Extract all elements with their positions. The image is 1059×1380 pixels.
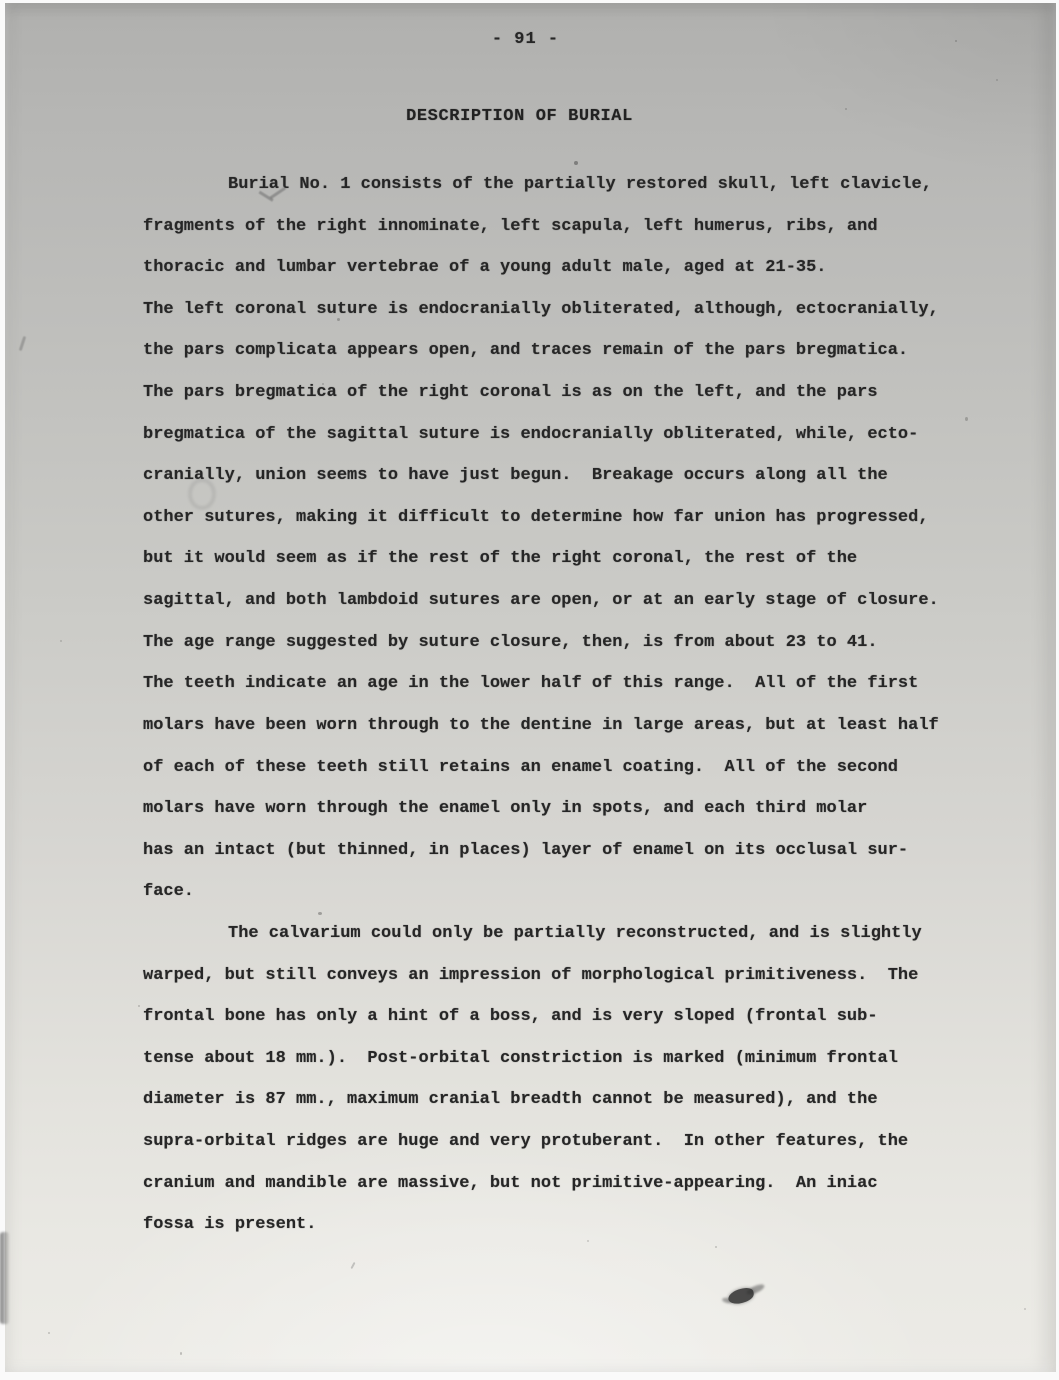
text-line: supra-orbital ridges are huge and very p… — [143, 1121, 973, 1163]
scanned-page: - 91 - DESCRIPTION OF BURIAL Burial No. … — [0, 0, 1059, 1380]
text-line: bregmatica of the sagittal suture is end… — [143, 414, 973, 456]
text-line: thoracic and lumbar vertebrae of a young… — [143, 247, 973, 289]
page-number: - 91 - — [0, 30, 1055, 49]
text-line: fragments of the right innominate, left … — [143, 206, 973, 248]
dust-speck — [955, 40, 957, 42]
smudge-mark — [188, 478, 216, 510]
dust-speck — [337, 318, 340, 321]
dust-speck — [60, 640, 62, 642]
dust-speck — [318, 912, 322, 915]
dust-speck — [1024, 1308, 1026, 1310]
text-line: face. — [143, 871, 973, 913]
text-line: The pars bregmatica of the right coronal… — [143, 372, 973, 414]
left-edge-streak — [0, 1232, 9, 1324]
text-line: other sutures, making it difficult to de… — [143, 497, 973, 539]
text-line: fossa is present. — [143, 1204, 973, 1246]
text-line: molars have been worn through to the den… — [143, 705, 973, 747]
dust-speck — [965, 417, 968, 421]
text-line: but it would seem as if the rest of the … — [143, 538, 973, 580]
dust-speck — [845, 108, 847, 110]
dust-speck — [574, 161, 578, 165]
document-body: Burial No. 1 consists of the partially r… — [143, 164, 973, 1246]
pencil-check-mark — [257, 184, 289, 205]
text-line: The age range suggested by suture closur… — [143, 622, 973, 664]
text-line: frontal bone has only a hint of a boss, … — [143, 996, 973, 1038]
dust-speck — [322, 383, 324, 385]
text-line: diameter is 87 mm., maximum cranial brea… — [143, 1079, 973, 1121]
dust-speck — [48, 1332, 50, 1334]
text-line: molars have worn through the enamel only… — [143, 788, 973, 830]
text-line: the pars complicata appears open, and tr… — [143, 330, 973, 372]
ink-blot — [722, 1284, 768, 1312]
dust-speck — [715, 1246, 717, 1248]
dust-speck — [996, 79, 998, 81]
text-line: The teeth indicate an age in the lower h… — [143, 663, 973, 705]
text-line: warped, but still conveys an impression … — [143, 955, 973, 997]
text-line: The left coronal suture is endocranially… — [143, 289, 973, 331]
text-line: sagittal, and both lambdoid sutures are … — [143, 580, 973, 622]
text-line: has an intact (but thinned, in places) l… — [143, 830, 973, 872]
dust-speck — [587, 1240, 589, 1242]
document-title: DESCRIPTION OF BURIAL — [0, 107, 1049, 126]
text-line: cranially, union seems to have just begu… — [143, 455, 973, 497]
text-line: cranium and mandible are massive, but no… — [143, 1163, 973, 1205]
text-line: The calvarium could only be partially re… — [143, 913, 973, 955]
text-line: of each of these teeth still retains an … — [143, 747, 973, 789]
text-line: tense about 18 mm.). Post-orbital constr… — [143, 1038, 973, 1080]
dust-speck — [912, 520, 914, 522]
dust-speck — [180, 1352, 182, 1355]
dust-speck — [138, 1005, 140, 1007]
